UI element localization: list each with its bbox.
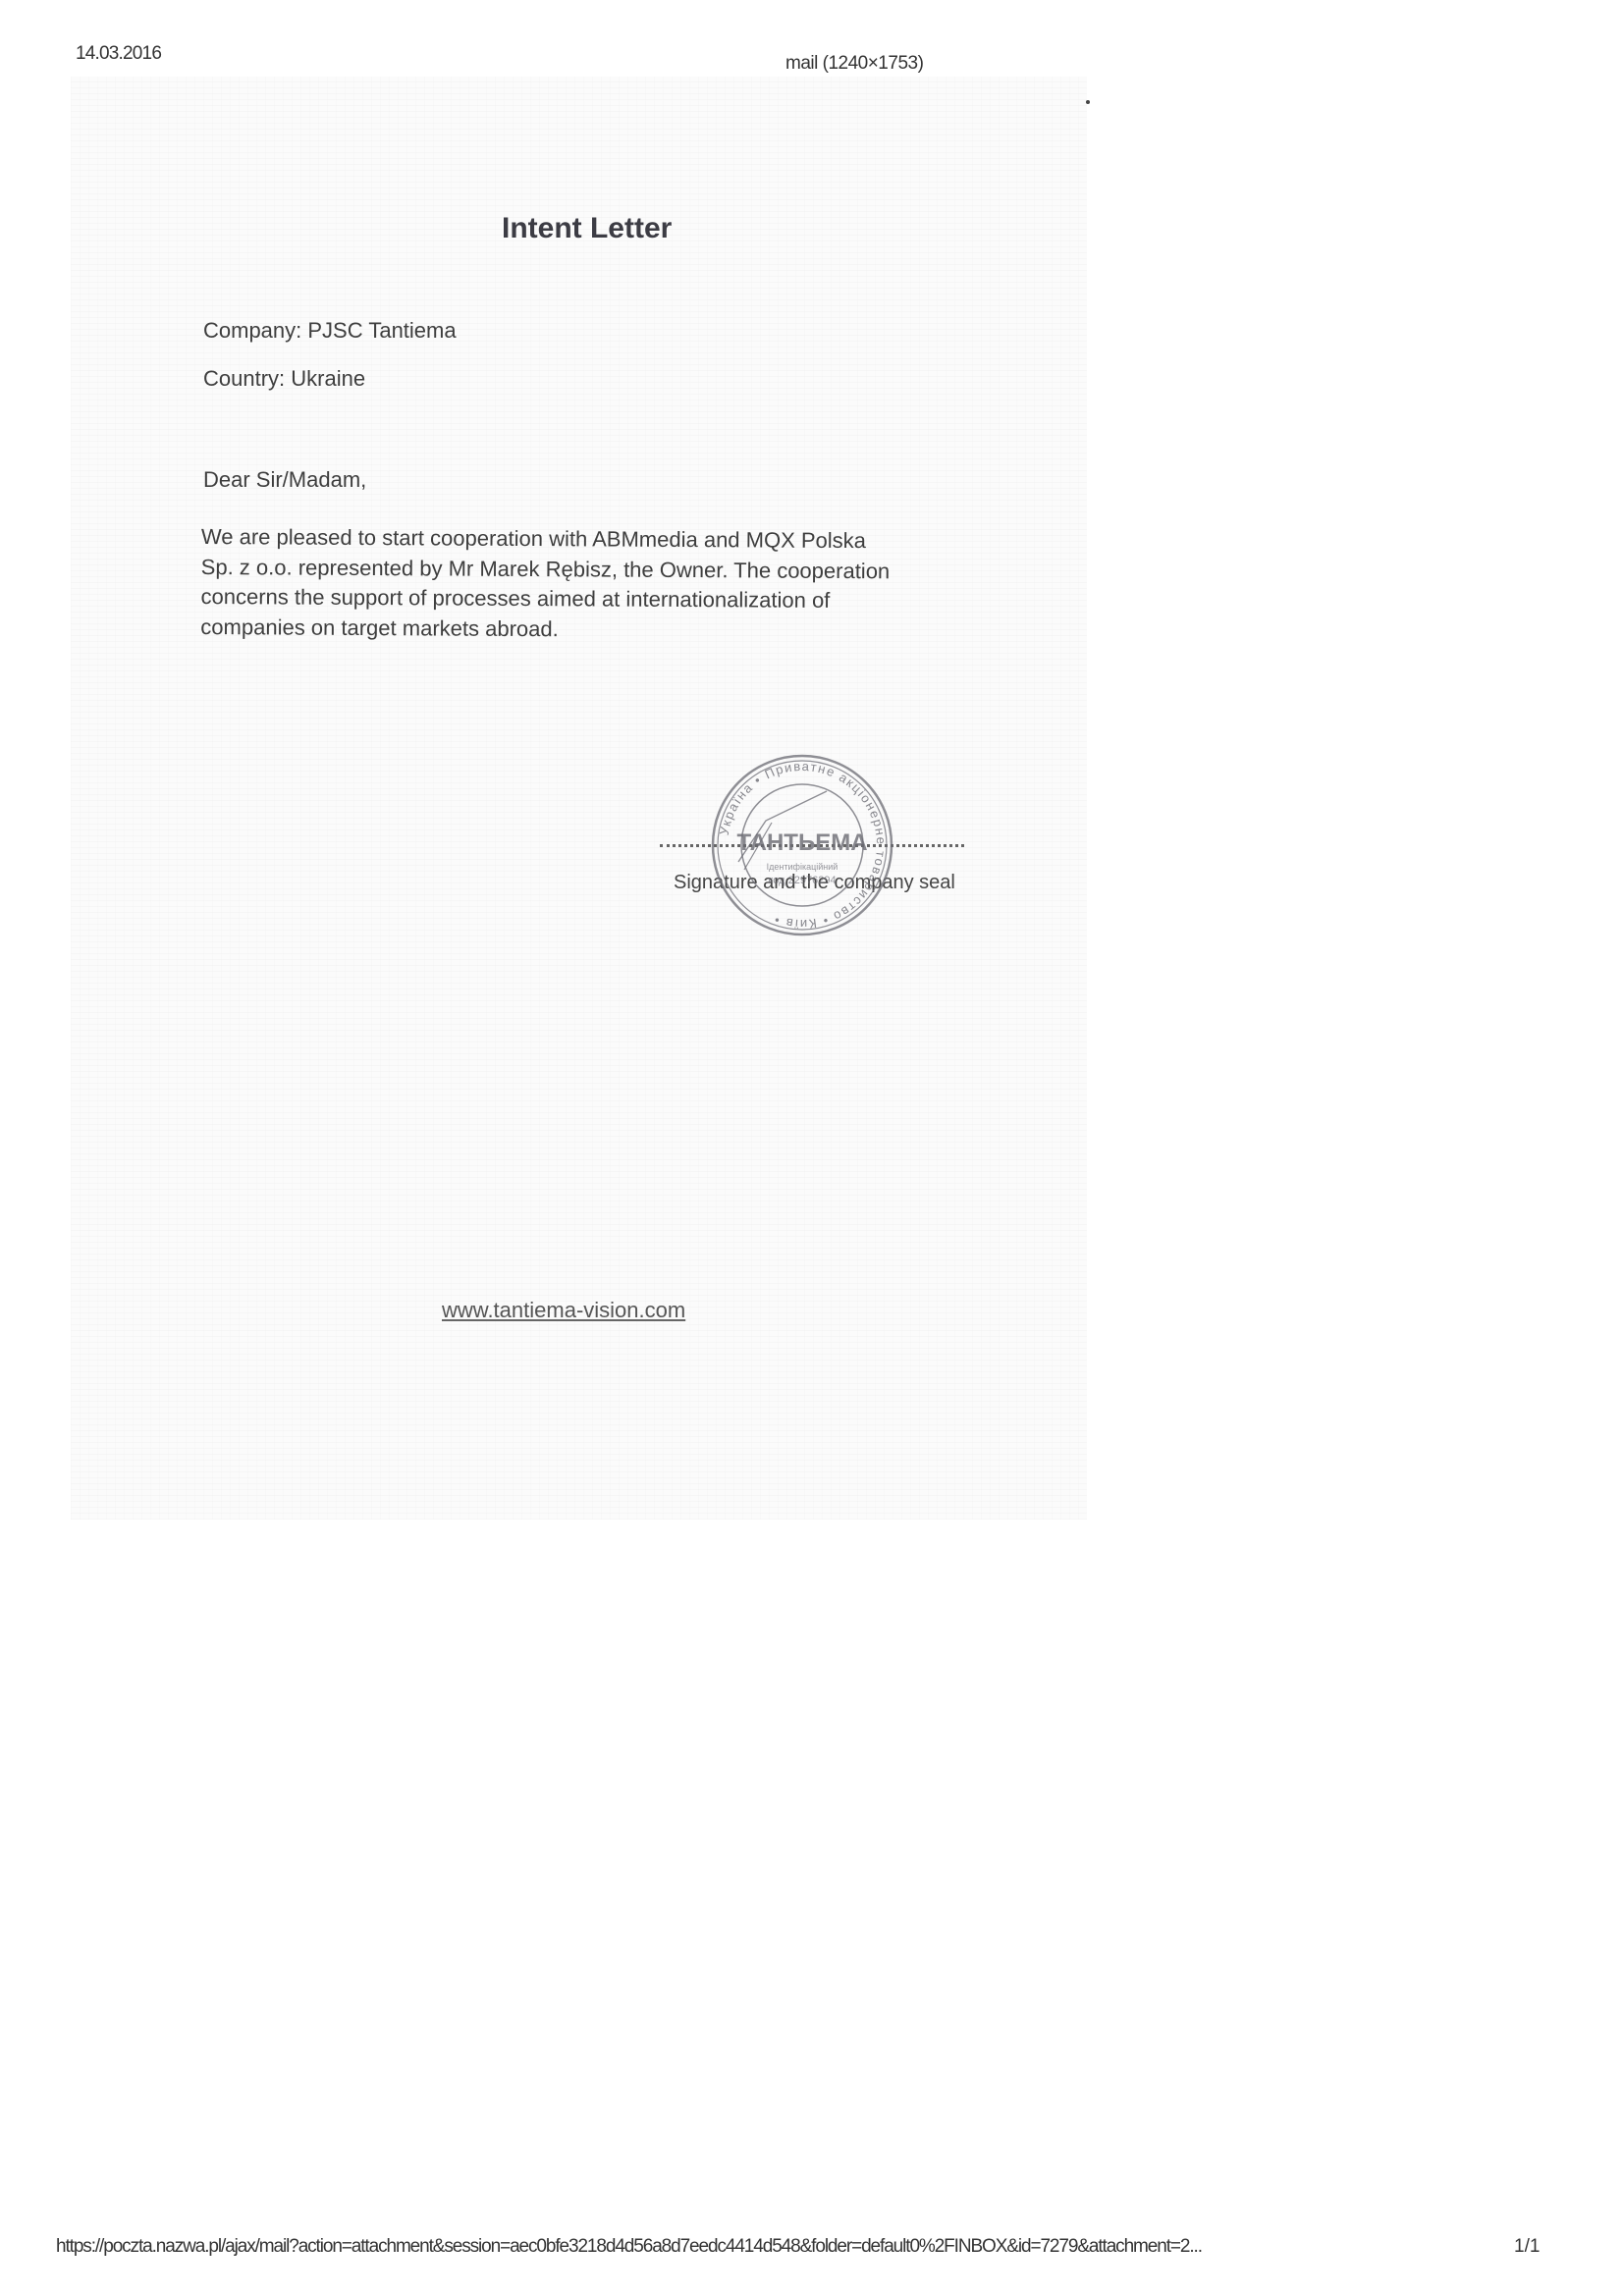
greeting: Dear Sir/Madam, bbox=[203, 467, 366, 493]
company-field: Company: PJSC Tantiema bbox=[203, 318, 457, 344]
print-title: mail (1240×1753) bbox=[785, 53, 923, 75]
scan-speck bbox=[1086, 100, 1090, 104]
page-number: 1/1 bbox=[1514, 2236, 1540, 2258]
country-field: Country: Ukraine bbox=[203, 366, 365, 392]
print-date: 14.03.2016 bbox=[76, 43, 161, 65]
letter-body: We are pleased to start cooperation with… bbox=[200, 522, 987, 647]
svg-text:код 22976294: код 22976294 bbox=[768, 875, 836, 886]
company-stamp-icon: Україна • Приватне акціонерне товариство… bbox=[709, 752, 895, 938]
body-line: concerns the support of processes aimed … bbox=[200, 582, 986, 616]
body-line: We are pleased to start cooperation with… bbox=[201, 522, 987, 557]
letter-title: Intent Letter bbox=[502, 212, 672, 245]
svg-text:Ідентифікаційний: Ідентифікаційний bbox=[767, 862, 839, 872]
body-line: companies on target markets abroad. bbox=[200, 612, 986, 646]
body-line: Sp. z o.o. represented by Mr Marek Rębis… bbox=[201, 552, 987, 586]
svg-text:ТАНТЬЕМА: ТАНТЬЕМА bbox=[736, 829, 867, 856]
print-footer-url: https://poczta.nazwa.pl/ajax/mail?action… bbox=[56, 2236, 1202, 2258]
website-link[interactable]: www.tantiema-vision.com bbox=[442, 1298, 685, 1323]
